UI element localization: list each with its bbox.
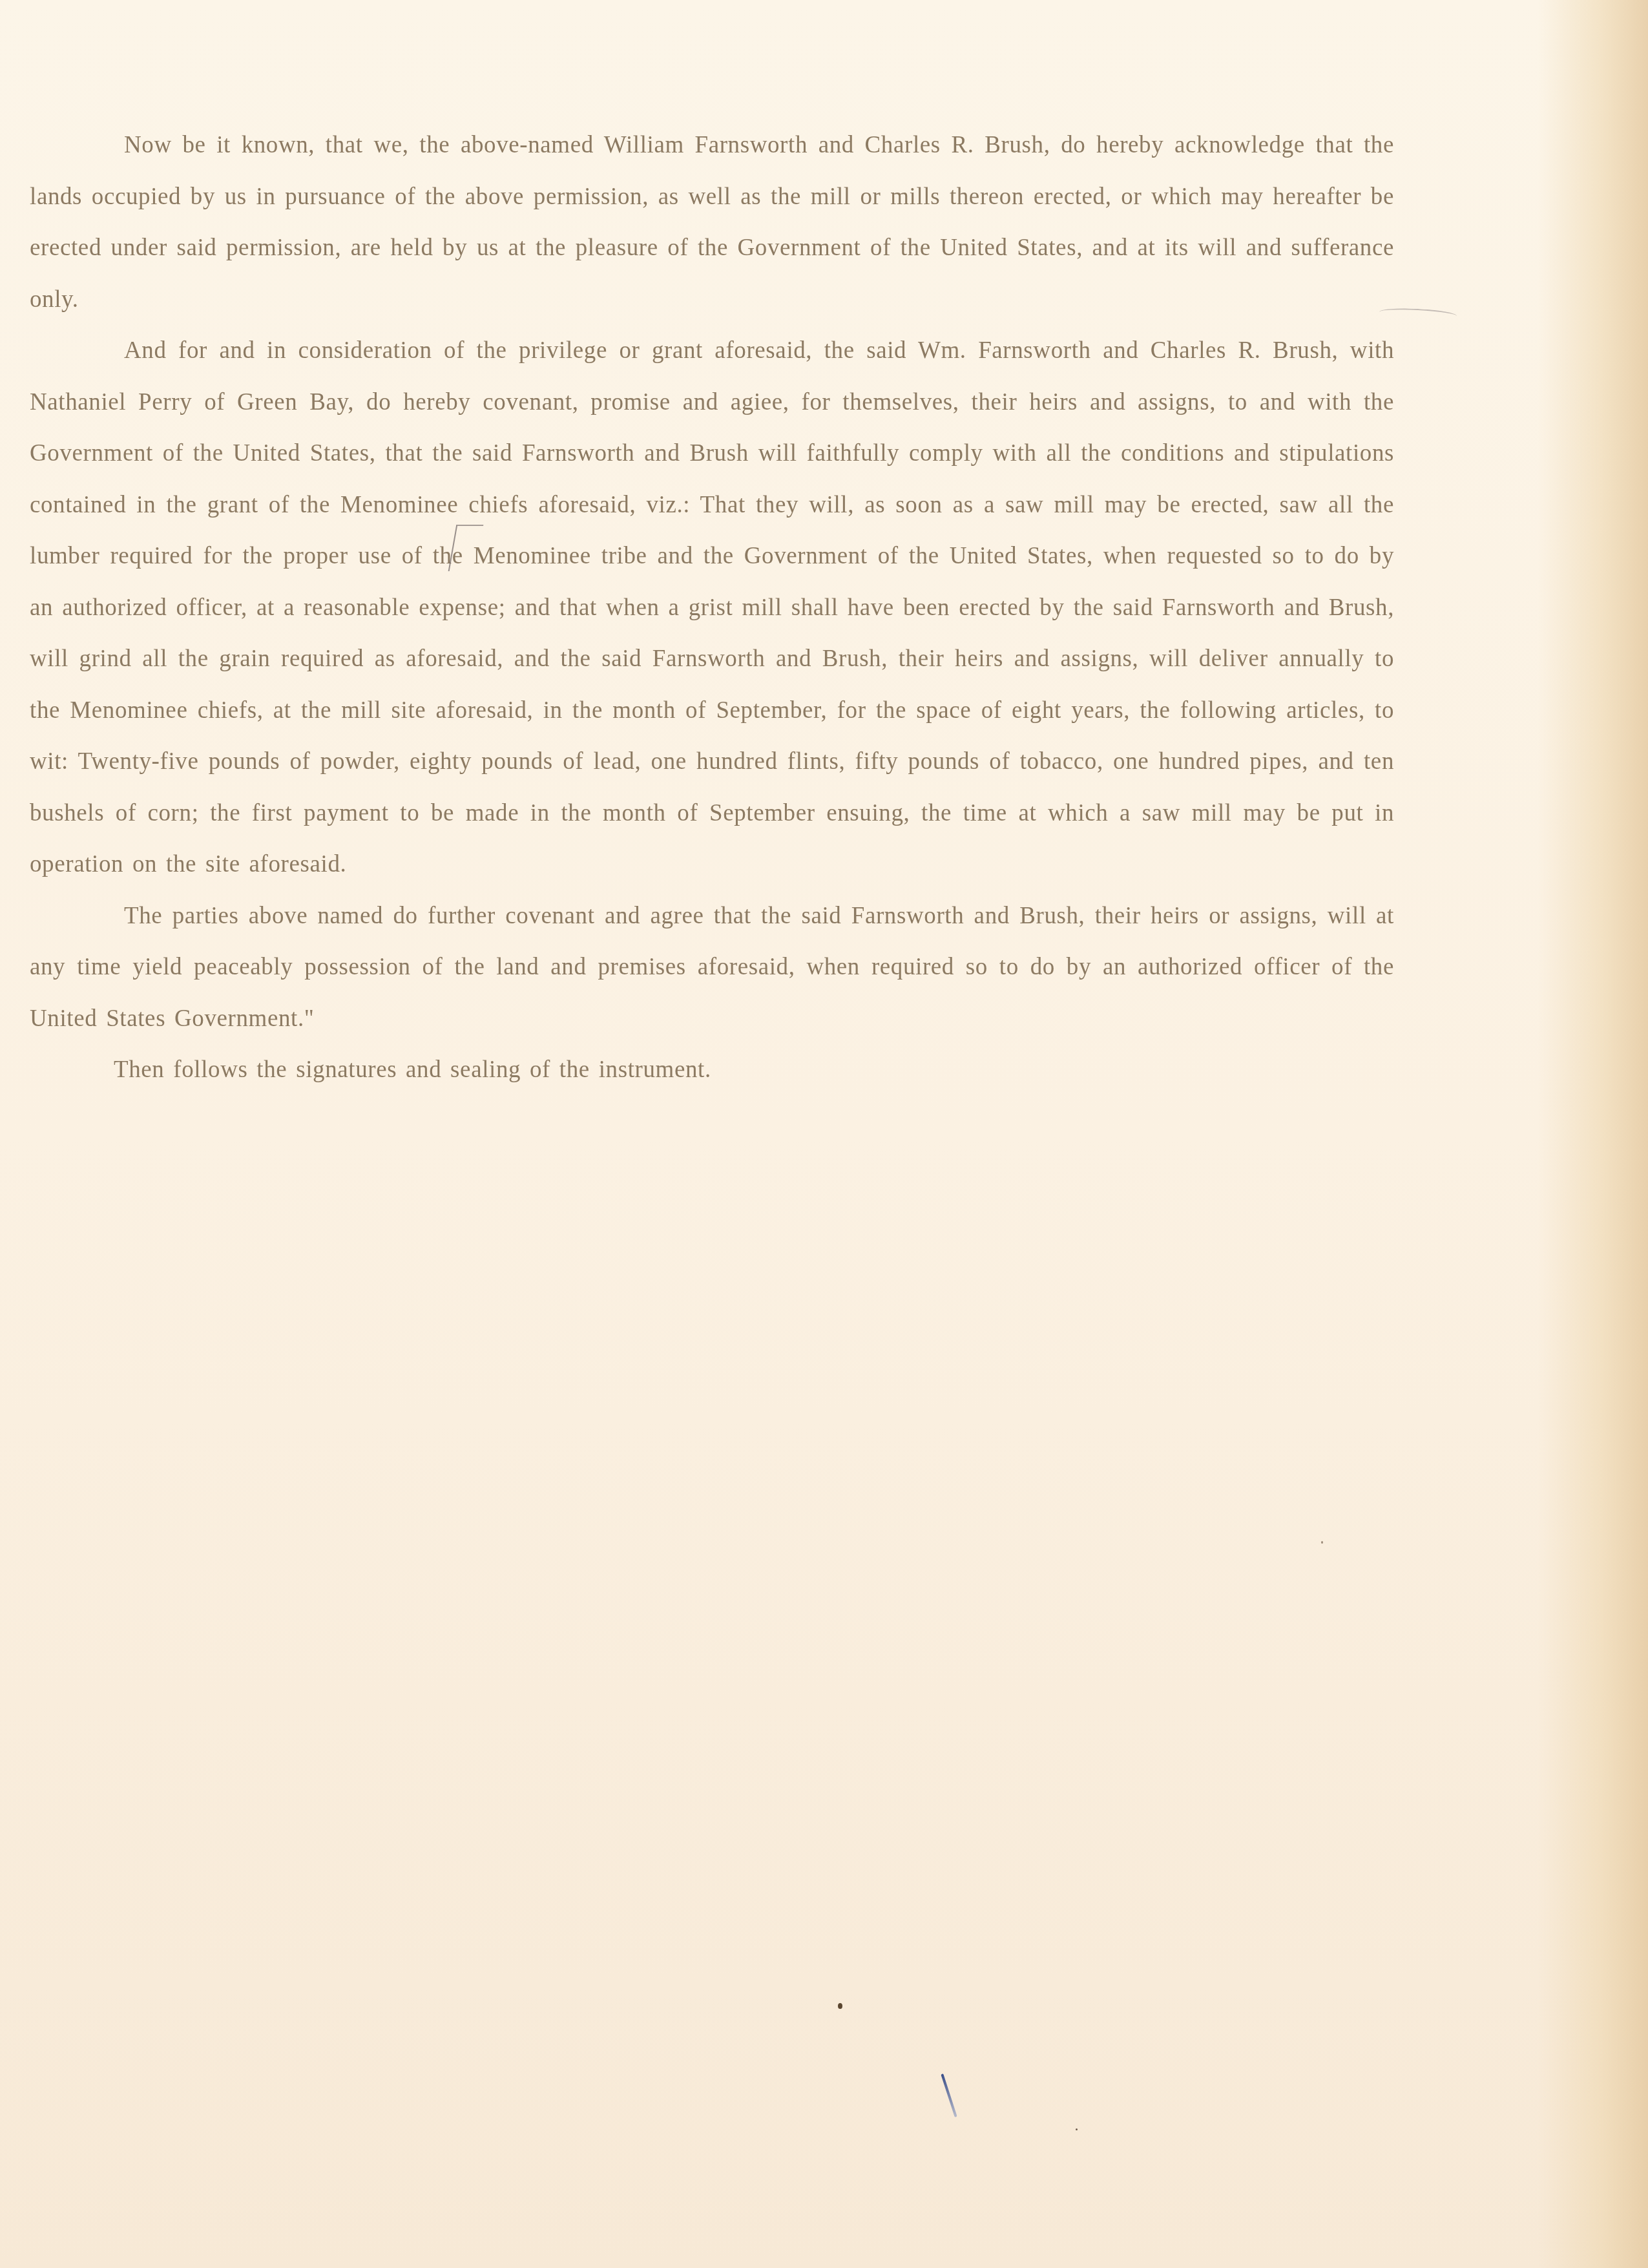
paragraph-possession: The parties above named do further coven… <box>30 890 1394 1045</box>
ink-spot <box>838 2003 842 2009</box>
paragraph-acknowledgement: Now be it known, that we, the above-name… <box>30 120 1394 325</box>
paragraph-covenant: And for and in consideration of the priv… <box>30 325 1394 890</box>
document-body: Now be it known, that we, the above-name… <box>30 120 1394 1096</box>
paper-speck <box>1076 2128 1078 2130</box>
paragraph-closing: Then follows the signatures and sealing … <box>30 1044 1394 1096</box>
paper-speck <box>1321 1541 1323 1544</box>
